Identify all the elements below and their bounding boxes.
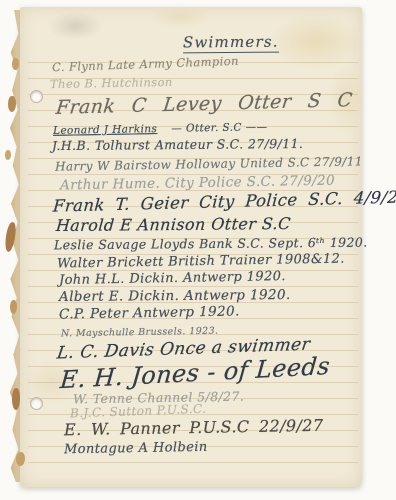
punch-hole-top xyxy=(30,90,43,103)
page-title: Swimmers. xyxy=(183,33,279,54)
tear-spot xyxy=(5,150,11,160)
signature-line: Harold E Annison Otter S.C xyxy=(55,214,291,235)
signature-line: J.H.B. Tolhurst Amateur S.C. 27/9/11. xyxy=(52,136,303,153)
stain xyxy=(150,7,210,29)
signature-name: Leonard J Harkins xyxy=(53,123,157,137)
signature-line: Theo B. Hutchinson xyxy=(50,75,173,91)
photo-background: Swimmers. C. Flynn Late Army Champion Th… xyxy=(0,0,396,500)
signature-club: — Otter. S.C —— xyxy=(171,121,267,135)
tear-spot xyxy=(8,96,16,112)
signature-line: Montague A Holbein xyxy=(64,440,208,458)
signature-line: Leslie Savage Lloyds Bank S.C. Sept. 6ᵗʰ… xyxy=(54,235,368,253)
signature-line: Albert E. Dickin. Antwerp 1920. xyxy=(59,287,291,305)
pencil-smudge xyxy=(48,12,103,40)
punch-hole-bottom xyxy=(30,397,43,410)
signature-line: C.P. Peter Antwerp 1920. xyxy=(59,303,240,322)
paper-sheet: Swimmers. C. Flynn Late Army Champion Th… xyxy=(20,7,362,487)
